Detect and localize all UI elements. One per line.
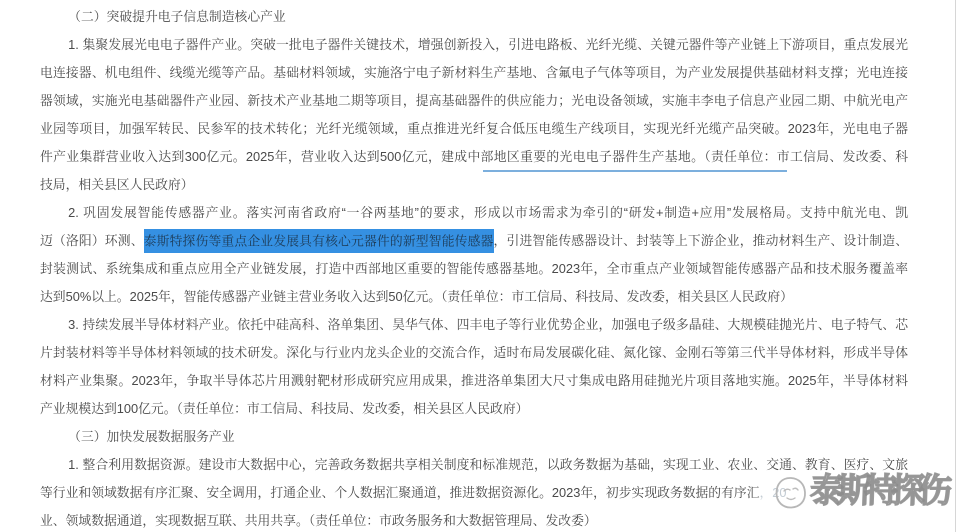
text-line: 业、领域数据通道，实现数据互联、共用共享。（责任单位：市政务服务和大数据管理局、… xyxy=(40,507,908,532)
text-line: 达到50%以上。2025年，智能传感器产业链主营业务收入达到50亿元。（责任单位… xyxy=(40,283,908,311)
text-line: 件产业集群营业收入达到300亿元。2025年，营业收入达到500亿元，建成中部地… xyxy=(40,143,908,171)
text-segment: 达到50%以上。2025年，智能传感器产业链主营业务收入达到50亿元。（责任单位… xyxy=(40,289,793,304)
text-line: 电连接器、机电组件、线缆光缆等产品。基础材料领域，实施洛宁电子新材料生产基地、含… xyxy=(40,59,908,87)
text-segment: 业、领域数据通道，实现数据互联、共用共享。（责任单位：市政务服务和大数据管理局、… xyxy=(40,513,597,528)
text-segment: 器领域，实施光电基础器件产业园、新技术产业基地二期等项目，提高基础器件的供应能力… xyxy=(40,93,908,108)
obscured-text: ，20 xyxy=(760,485,787,500)
text-line: 技局，相关县区人民政府） xyxy=(40,171,908,199)
text-segment: （二）突破提升电子信息制造核心产业 xyxy=(68,9,286,24)
text-segment: 业园等项目，加强军转民、民参军的技术转化；光纤光缆领域，重点推进光纤复合低压电缆… xyxy=(40,121,908,136)
text-segment: 等行业和领域数据有序汇聚、安全调用，打通企业、个人数据汇聚通道，推进数据资源化。… xyxy=(40,485,760,500)
text-segment: ，引进智能传感器设计、封装等上下游企业，推动材料生产、设计制造、 xyxy=(494,233,908,248)
text-segment: 1. 集聚发展光电电子器件产业。突破一批电子器件关键技术，增强创新投入，引进电路… xyxy=(68,37,908,52)
text-segment: 技局，相关县区人民政府） xyxy=(40,177,194,192)
text-segment: 材料产业集聚。2023年，争取半导体芯片用溅射靶材形成研究应用成果，推进洛单集团… xyxy=(40,373,908,388)
text-line: 材料产业集聚。2023年，争取半导体芯片用溅射靶材形成研究应用成果，推进洛单集团… xyxy=(40,367,908,395)
selection-artifact-line xyxy=(483,170,787,172)
text-segment: （三）加快发展数据服务产业 xyxy=(68,429,234,444)
text-segment: 1. 整合利用数据资源。建设市大数据中心，完善政务数据共享相关制度和标准规范，以… xyxy=(68,457,908,472)
selected-text: 泰斯特探伤等重点企业发展具有核心元器件的新型智能传感器 xyxy=(144,229,494,253)
text-line: （二）突破提升电子信息制造核心产业 xyxy=(40,3,908,31)
text-line: 等行业和领域数据有序汇聚、安全调用，打通企业、个人数据汇聚通道，推进数据资源化。… xyxy=(40,479,908,507)
text-line: 2. 巩固发展智能传感器产业。落实河南省政府“一谷两基地”的要求，形成以市场需求… xyxy=(40,199,908,227)
text-line: （三）加快发展数据服务产业 xyxy=(40,423,908,451)
text-segment: 封装测试、系统集成和重点应用全产业链发展，打造中西部地区重要的智能传感器基地。2… xyxy=(40,261,908,276)
text-line: 迈（洛阳）环测、泰斯特探伤等重点企业发展具有核心元器件的新型智能传感器，引进智能… xyxy=(40,227,908,255)
text-line: 片封装材料等半导体材料领域的技术研发。深化与行业内龙头企业的交流合作，适时布局发… xyxy=(40,339,908,367)
text-segment: 件产业集群营业收入达到300亿元。2025年，营业收入达到500亿元，建成中部地… xyxy=(40,149,908,164)
text-line: 1. 整合利用数据资源。建设市大数据中心，完善政务数据共享相关制度和标准规范，以… xyxy=(40,451,908,479)
document-body: （二）突破提升电子信息制造核心产业1. 集聚发展光电电子器件产业。突破一批电子器… xyxy=(40,3,908,532)
text-line: 产业规模达到100亿元。（责任单位：市工信局、科技局、发改委，相关县区人民政府） xyxy=(40,395,908,423)
text-line: 1. 集聚发展光电电子器件产业。突破一批电子器件关键技术，增强创新投入，引进电路… xyxy=(40,31,908,59)
text-segment: 2. 巩固发展智能传感器产业。落实河南省政府“一谷两基地”的要求，形成以市场需求… xyxy=(68,205,908,220)
text-segment: 迈（洛阳）环测、 xyxy=(40,233,144,248)
text-segment: 3. 持续发展半导体材料产业。依托中硅高科、洛单集团、昊华气体、四丰电子等行业优… xyxy=(68,317,908,332)
text-line: 业园等项目，加强军转民、民参军的技术转化；光纤光缆领域，重点推进光纤复合低压电缆… xyxy=(40,115,908,143)
right-border-line xyxy=(955,0,956,532)
text-segment: 电连接器、机电组件、线缆光缆等产品。基础材料领域，实施洛宁电子新材料生产基地、含… xyxy=(40,65,908,80)
text-line: 器领域，实施光电基础器件产业园、新技术产业基地二期等项目，提高基础器件的供应能力… xyxy=(40,87,908,115)
text-segment: 片封装材料等半导体材料领域的技术研发。深化与行业内龙头企业的交流合作，适时布局发… xyxy=(40,345,908,360)
text-line: 封装测试、系统集成和重点应用全产业链发展，打造中西部地区重要的智能传感器基地。2… xyxy=(40,255,908,283)
text-segment: 产业规模达到100亿元。（责任单位：市工信局、科技局、发改委，相关县区人民政府） xyxy=(40,401,528,416)
text-line: 3. 持续发展半导体材料产业。依托中硅高科、洛单集团、昊华气体、四丰电子等行业优… xyxy=(40,311,908,339)
